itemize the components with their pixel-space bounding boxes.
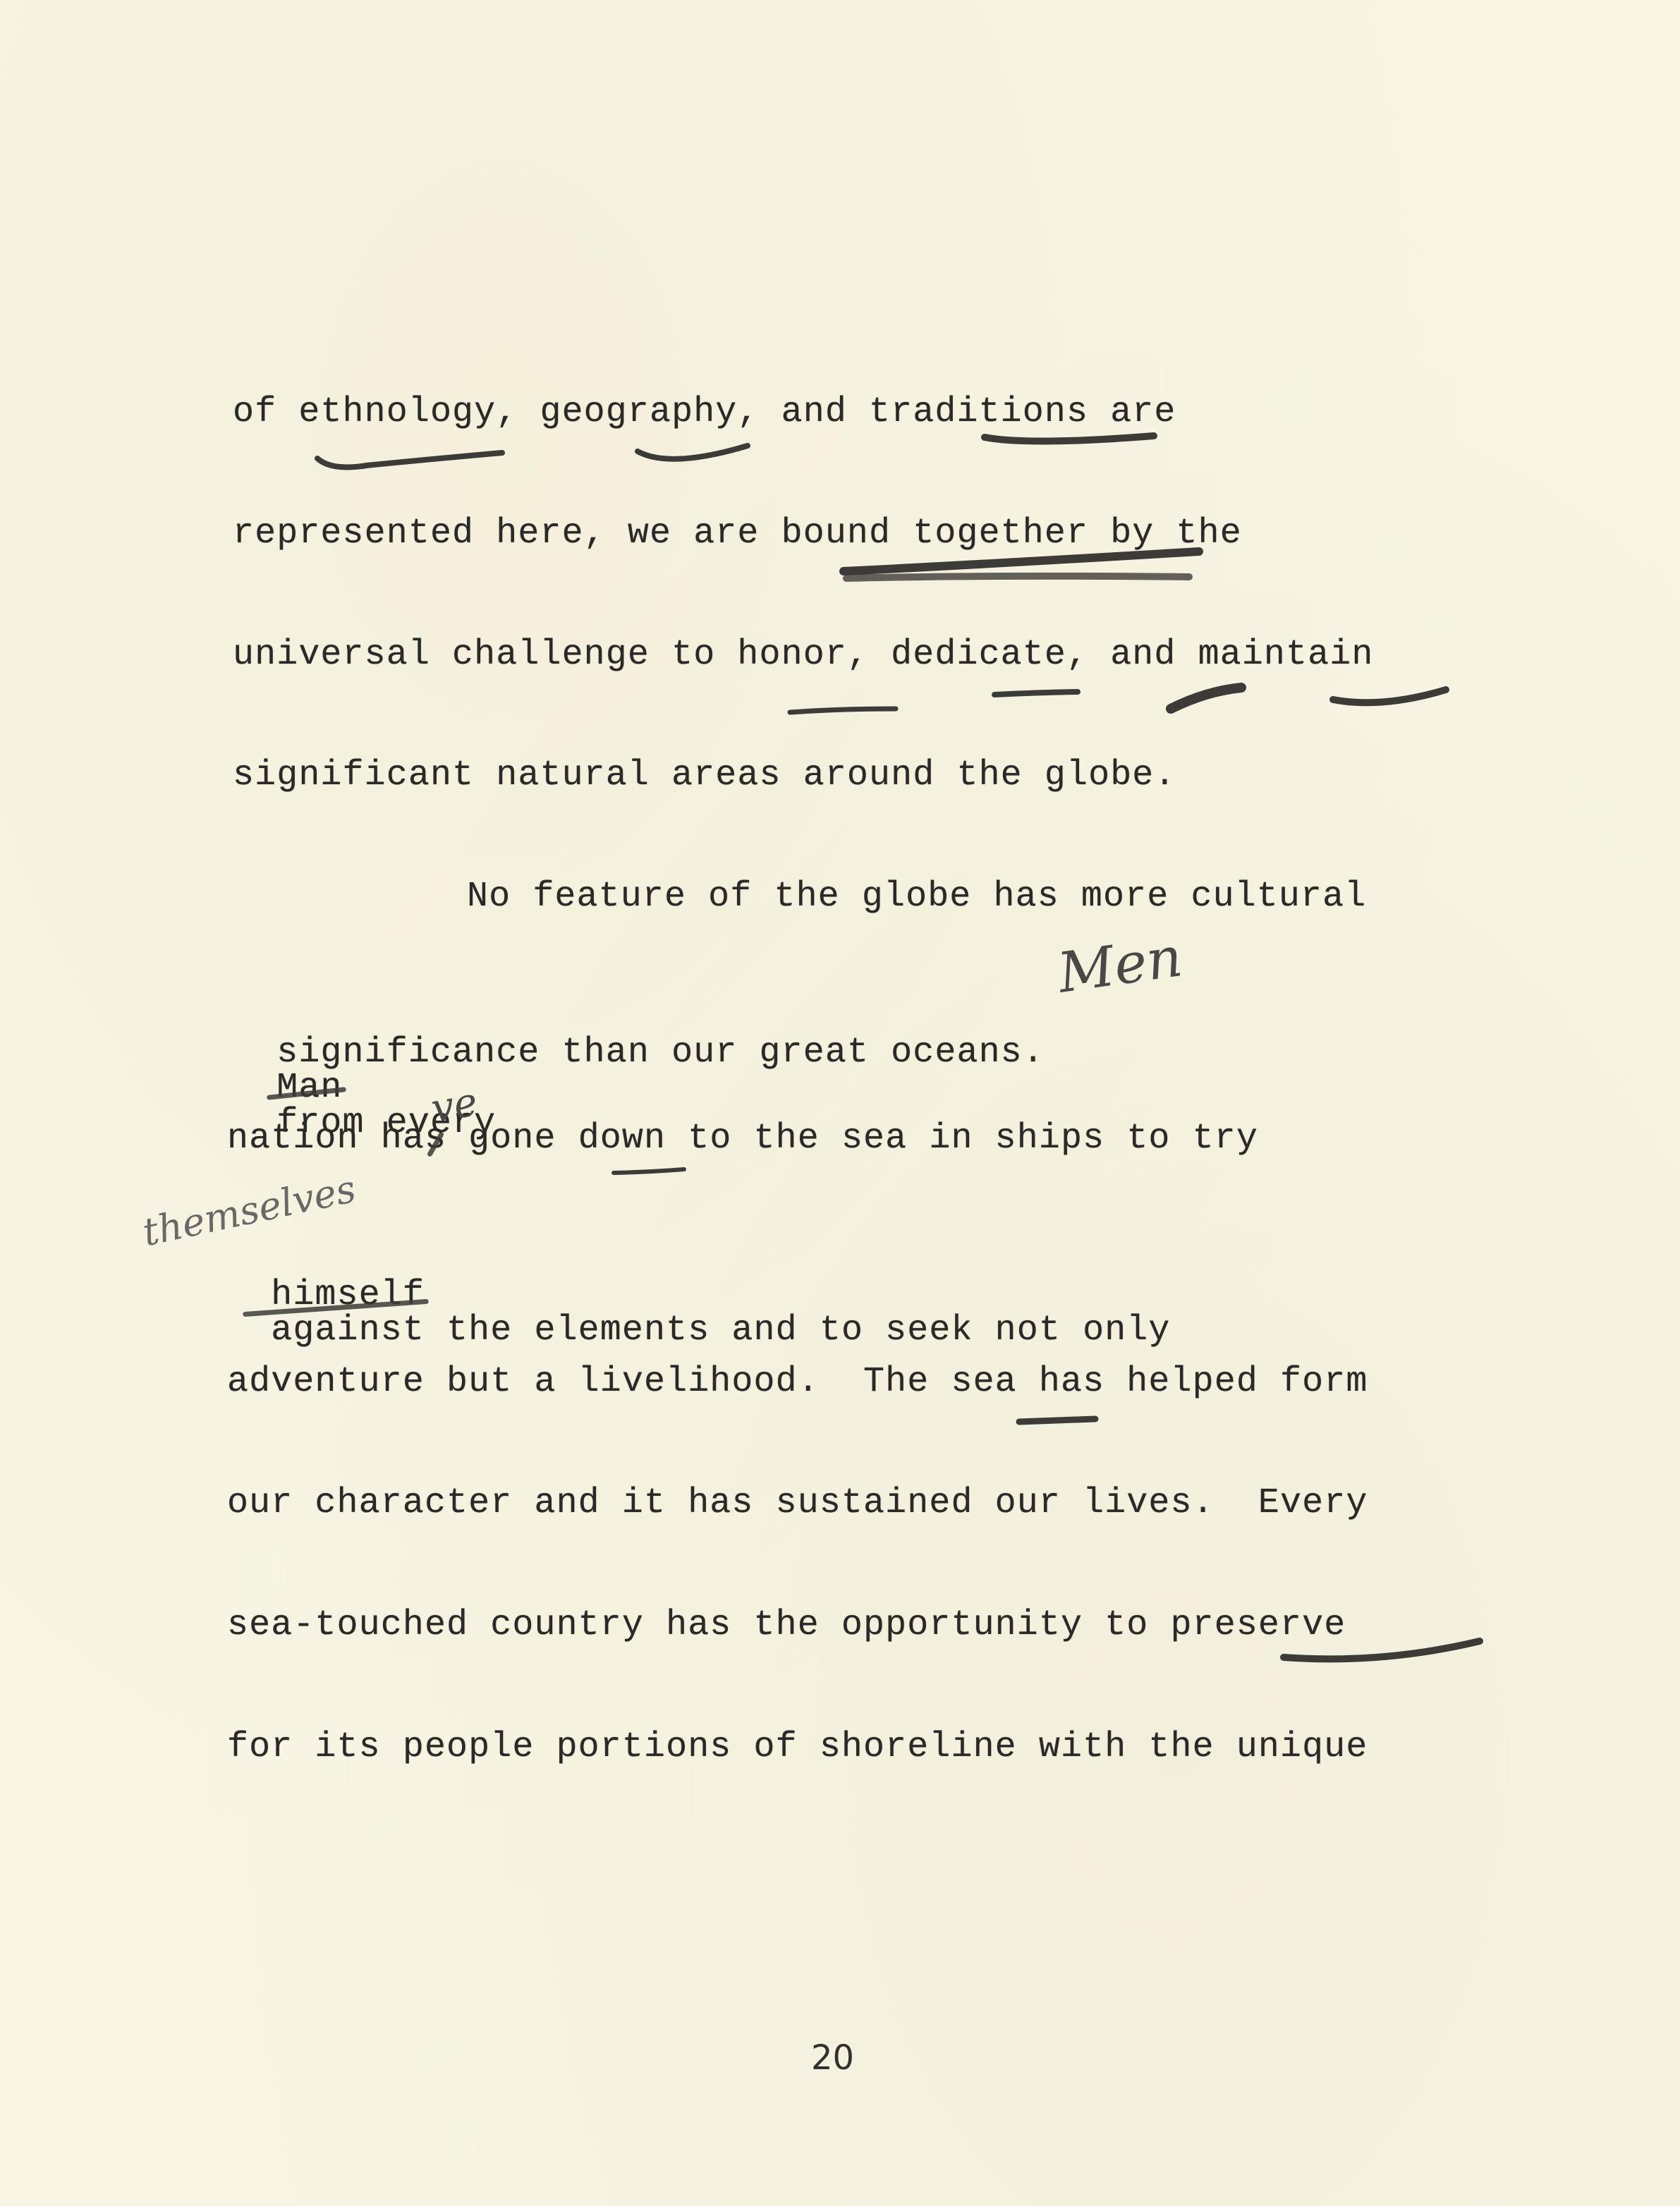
text-line-4: significant natural areas around the glo… (233, 758, 1176, 793)
struck-word-himself: himself (271, 1275, 425, 1315)
text-line-2: represented here, we are bound together … (233, 516, 1242, 551)
text-line-5: No feature of the globe has more cultura… (467, 879, 1366, 915)
text-line-7: nation has gone down to the sea in ships… (227, 1121, 1258, 1157)
handwritten-have: ve (429, 1083, 481, 1129)
page-number: 20 (811, 2038, 854, 2078)
text-line-9: adventure but a livelihood. The sea has … (227, 1365, 1368, 1400)
text-line-3: universal challenge to honor, dedicate, … (233, 638, 1373, 673)
text-line-11: sea-touched country has the opportunity … (227, 1608, 1346, 1643)
handwritten-men: Men (1054, 930, 1185, 1001)
text-line-8: himself against the elements and to seek… (227, 1243, 1171, 1348)
line-7-start: nation ha (227, 1119, 425, 1159)
text-line-10: our character and it has sustained our l… (227, 1486, 1368, 1521)
struck-word-man: Man (276, 1068, 342, 1108)
line-7-end: gone down to the sea in ships to try (446, 1119, 1258, 1159)
text-line-12: for its people portions of shoreline wit… (227, 1730, 1368, 1765)
text-line-1: of ethnology, geography, and traditions … (233, 395, 1176, 430)
line-6-start: significance than our great oceans. (276, 1032, 1045, 1073)
line-8-end: against the elements and to seek not onl… (271, 1310, 1170, 1351)
